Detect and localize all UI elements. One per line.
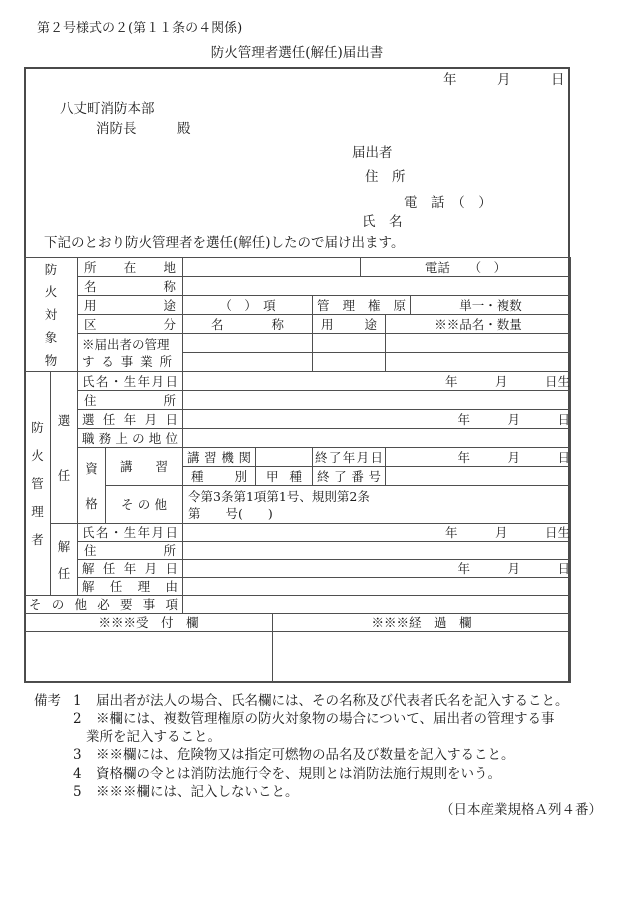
note-2-text: ※欄には、複数管理権原の防火対象物の場合について、届出者の管理する事 xyxy=(96,712,554,728)
jis-paper-size-note: （日本産業規格Ａ列４番） xyxy=(440,803,602,819)
addressee-chief: 消防長 殿 xyxy=(96,122,191,138)
office-qty-input-1[interactable] xyxy=(386,334,571,353)
other-qual-line1: 令第3条第1項第1号、規則第2条 xyxy=(188,488,565,505)
progress-stamp-box xyxy=(273,632,571,683)
office-qty-input-2[interactable] xyxy=(386,353,571,372)
category-name-header: 名称 xyxy=(183,315,313,334)
other-qual-label: その他 xyxy=(106,486,183,524)
dismiss-date-cell[interactable]: 年 月 日 xyxy=(183,560,571,578)
use-label: 用途 xyxy=(78,296,183,315)
vertical-label-fire-object: 防火対象物 xyxy=(25,258,78,372)
other-required-label: その他必要事項 xyxy=(25,596,183,614)
note-5-text: ※※※欄には、記入しないこと。 xyxy=(96,785,299,801)
dismiss-date-label: 解任年月日 xyxy=(78,560,183,578)
use-item-cell[interactable]: （ ） 項 xyxy=(183,296,313,315)
course-end-label: 終了年月日 xyxy=(313,448,386,467)
dismiss-name-birth-label: 氏名・生年月日 xyxy=(78,524,183,542)
course-org-label: 講習機関 xyxy=(183,448,256,467)
other-qual-line2: 第 号( ) xyxy=(188,505,565,522)
notifier-name-label[interactable]: 氏 名 xyxy=(362,215,403,231)
addressee-org: 八丈町消防本部 xyxy=(60,102,155,118)
vertical-label-qualification: 資格 xyxy=(78,448,106,524)
appoint-date-cell[interactable]: 年 月 日 xyxy=(183,410,571,429)
dismiss-address-input[interactable] xyxy=(183,542,571,560)
category-label: 区分 xyxy=(78,315,183,334)
form-table: 防火対象物 所在地 電話 （ ） 名称 用途 （ ） 項 管理権原 単一・複数 … xyxy=(24,257,571,683)
document-page: 第２号様式の２(第１１条の４関係) 防火管理者選任(解任)届出書 年 月 日 八… xyxy=(0,0,630,903)
appoint-position-label: 職務上の地位 xyxy=(78,429,183,448)
note-4-number: 4 xyxy=(73,767,82,783)
cert-number-input[interactable] xyxy=(386,467,571,486)
notifier-office-label-line1: ※届出者の管理 xyxy=(82,336,178,353)
reception-column-header: ※※※受 付 欄 xyxy=(25,614,273,632)
course-type-value: 甲種 xyxy=(256,467,313,486)
course-org-input[interactable] xyxy=(256,448,313,467)
dismiss-name-birth-cell[interactable]: 年 月 日生 xyxy=(183,524,571,542)
appoint-date-label: 選任年月日 xyxy=(78,410,183,429)
vertical-label-dismissal: 解任 xyxy=(51,524,78,596)
note-4-text: 資格欄の令とは消防法施行令を、規則とは消防法施行規則をいう。 xyxy=(96,767,501,783)
office-name-input-1[interactable] xyxy=(183,334,313,353)
declaration-text: 下記のとおり防火管理者を選任(解任)したので届け出ます。 xyxy=(44,236,404,252)
appoint-name-birth-label: 氏名・生年月日 xyxy=(78,372,183,391)
location-input-cell[interactable] xyxy=(183,258,361,277)
management-authority-label: 管理権原 xyxy=(313,296,411,315)
note-1-number: 1 xyxy=(73,694,82,710)
note-3-text: ※※欄には、危険物又は指定可燃物の品名及び数量を記入すること。 xyxy=(96,748,515,764)
office-use-input-2[interactable] xyxy=(313,353,386,372)
dismiss-reason-label: 解任理由 xyxy=(78,578,183,596)
category-use-header: 用途 xyxy=(313,315,386,334)
note-5-number: 5 xyxy=(73,785,82,801)
cert-number-label: 終了番号 xyxy=(313,467,386,486)
office-use-input-1[interactable] xyxy=(313,334,386,353)
note-2-number: 2 xyxy=(73,712,82,728)
management-authority-value[interactable]: 単一・複数 xyxy=(411,296,571,315)
category-qty-header: ※※品名・数量 xyxy=(386,315,571,334)
object-name-label: 名称 xyxy=(78,277,183,296)
note-2-text-line2: 業所を記入すること。 xyxy=(86,730,221,746)
location-label: 所在地 xyxy=(78,258,183,277)
course-type-label: 種別 xyxy=(183,467,256,486)
appoint-address-input[interactable] xyxy=(183,391,571,410)
progress-column-header: ※※※経 過 欄 xyxy=(273,614,571,632)
reception-stamp-box xyxy=(25,632,273,683)
note-3-number: 3 xyxy=(73,748,82,764)
notifier-office-label: ※届出者の管理 する事業所 xyxy=(78,334,183,372)
appoint-address-label: 住所 xyxy=(78,391,183,410)
notifier-office-label-line2: する事業所 xyxy=(82,353,178,370)
form-number: 第２号様式の２(第１１条の４関係) xyxy=(37,22,242,37)
course-label: 講習 xyxy=(106,448,183,486)
note-1-text: 届出者が法人の場合、氏名欄には、その名称及び代表者氏名を記入すること。 xyxy=(96,694,569,710)
location-phone-cell[interactable]: 電話 （ ） xyxy=(361,258,571,277)
dismiss-reason-input[interactable] xyxy=(183,578,571,596)
course-end-date-cell[interactable]: 年 月 日 xyxy=(386,448,571,467)
submission-date-line[interactable]: 年 月 日 xyxy=(443,73,565,89)
dismiss-address-label: 住所 xyxy=(78,542,183,560)
appoint-position-input[interactable] xyxy=(183,429,571,448)
office-name-input-2[interactable] xyxy=(183,353,313,372)
object-name-input-cell[interactable] xyxy=(183,277,571,296)
vertical-label-fire-manager: 防火管理者 xyxy=(25,372,51,596)
vertical-label-appointment: 選任 xyxy=(51,372,78,524)
other-qual-text-cell[interactable]: 令第3条第1項第1号、規則第2条 第 号( ) xyxy=(183,486,571,524)
appoint-name-birth-cell[interactable]: 年 月 日生 xyxy=(183,372,571,391)
other-required-input[interactable] xyxy=(183,596,571,614)
page-title: 防火管理者選任(解任)届出書 xyxy=(24,41,570,61)
notifier-address-label[interactable]: 住 所 xyxy=(365,170,406,186)
notes-heading: 備考 xyxy=(34,694,61,710)
notifier-label: 届出者 xyxy=(352,146,393,162)
notifier-phone-label[interactable]: 電 話 （ ） xyxy=(404,196,492,212)
